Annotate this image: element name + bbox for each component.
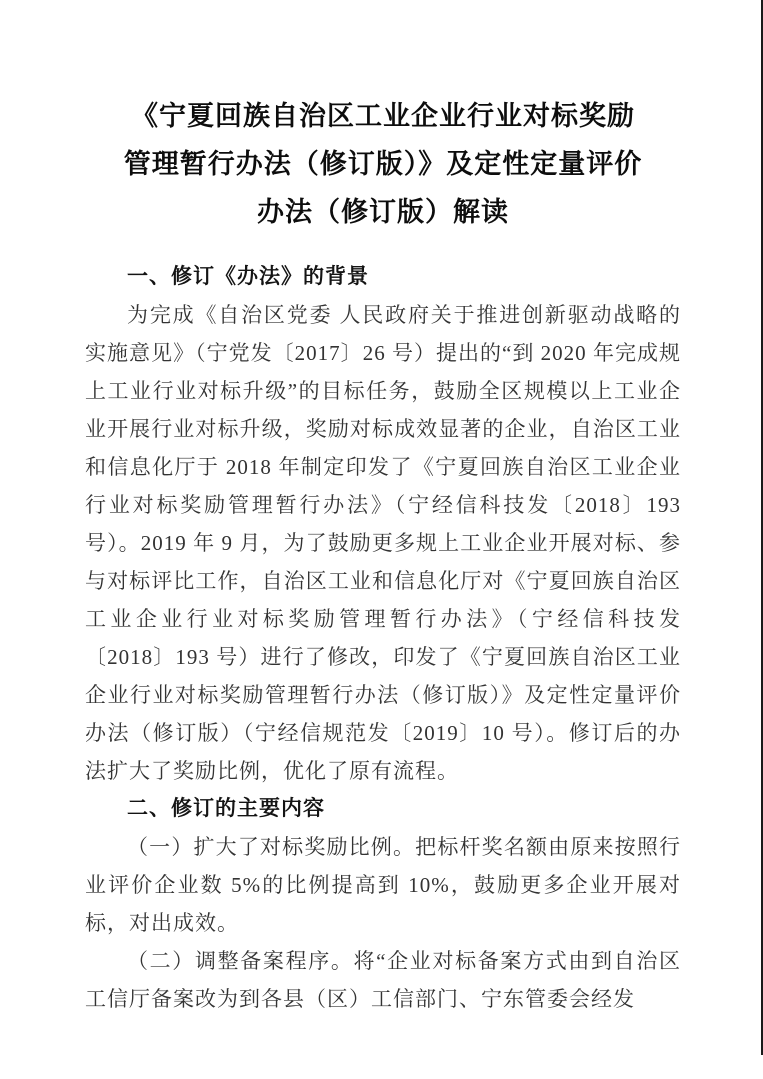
document-viewport: { "page": { "title": "《宁夏回族自治区工业企业行业对标奖励…: [0, 0, 763, 1079]
document-title-line-1: 《宁夏回族自治区工业企业行业对标奖励: [85, 92, 681, 140]
paragraph-reward-ratio: （一）扩大了对标奖励比例。把标杆奖名额由原来按照行业评价企业数 5%的比例提高到…: [85, 828, 681, 942]
document-title: 《宁夏回族自治区工业企业行业对标奖励 管理暂行办法（修订版）》及定性定量评价 办…: [85, 92, 681, 236]
document-title-line-3: 办法（修订版）解读: [85, 188, 681, 236]
document-title-line-2: 管理暂行办法（修订版）》及定性定量评价: [85, 140, 681, 188]
paragraph-filing-procedure: （二）调整备案程序。将“企业对标备案方式由到自治区工信厅备案改为到各县（区）工信…: [85, 942, 681, 1018]
paragraph-background: 为完成《自治区党委 人民政府关于推进创新驱动战略的实施意见》（宁党发〔2017〕…: [85, 296, 681, 790]
section-heading-background: 一、修订《办法》的背景: [85, 258, 681, 296]
document-page: 《宁夏回族自治区工业企业行业对标奖励 管理暂行办法（修订版）》及定性定量评价 办…: [0, 0, 763, 1079]
section-heading-main-content: 二、修订的主要内容: [85, 790, 681, 828]
